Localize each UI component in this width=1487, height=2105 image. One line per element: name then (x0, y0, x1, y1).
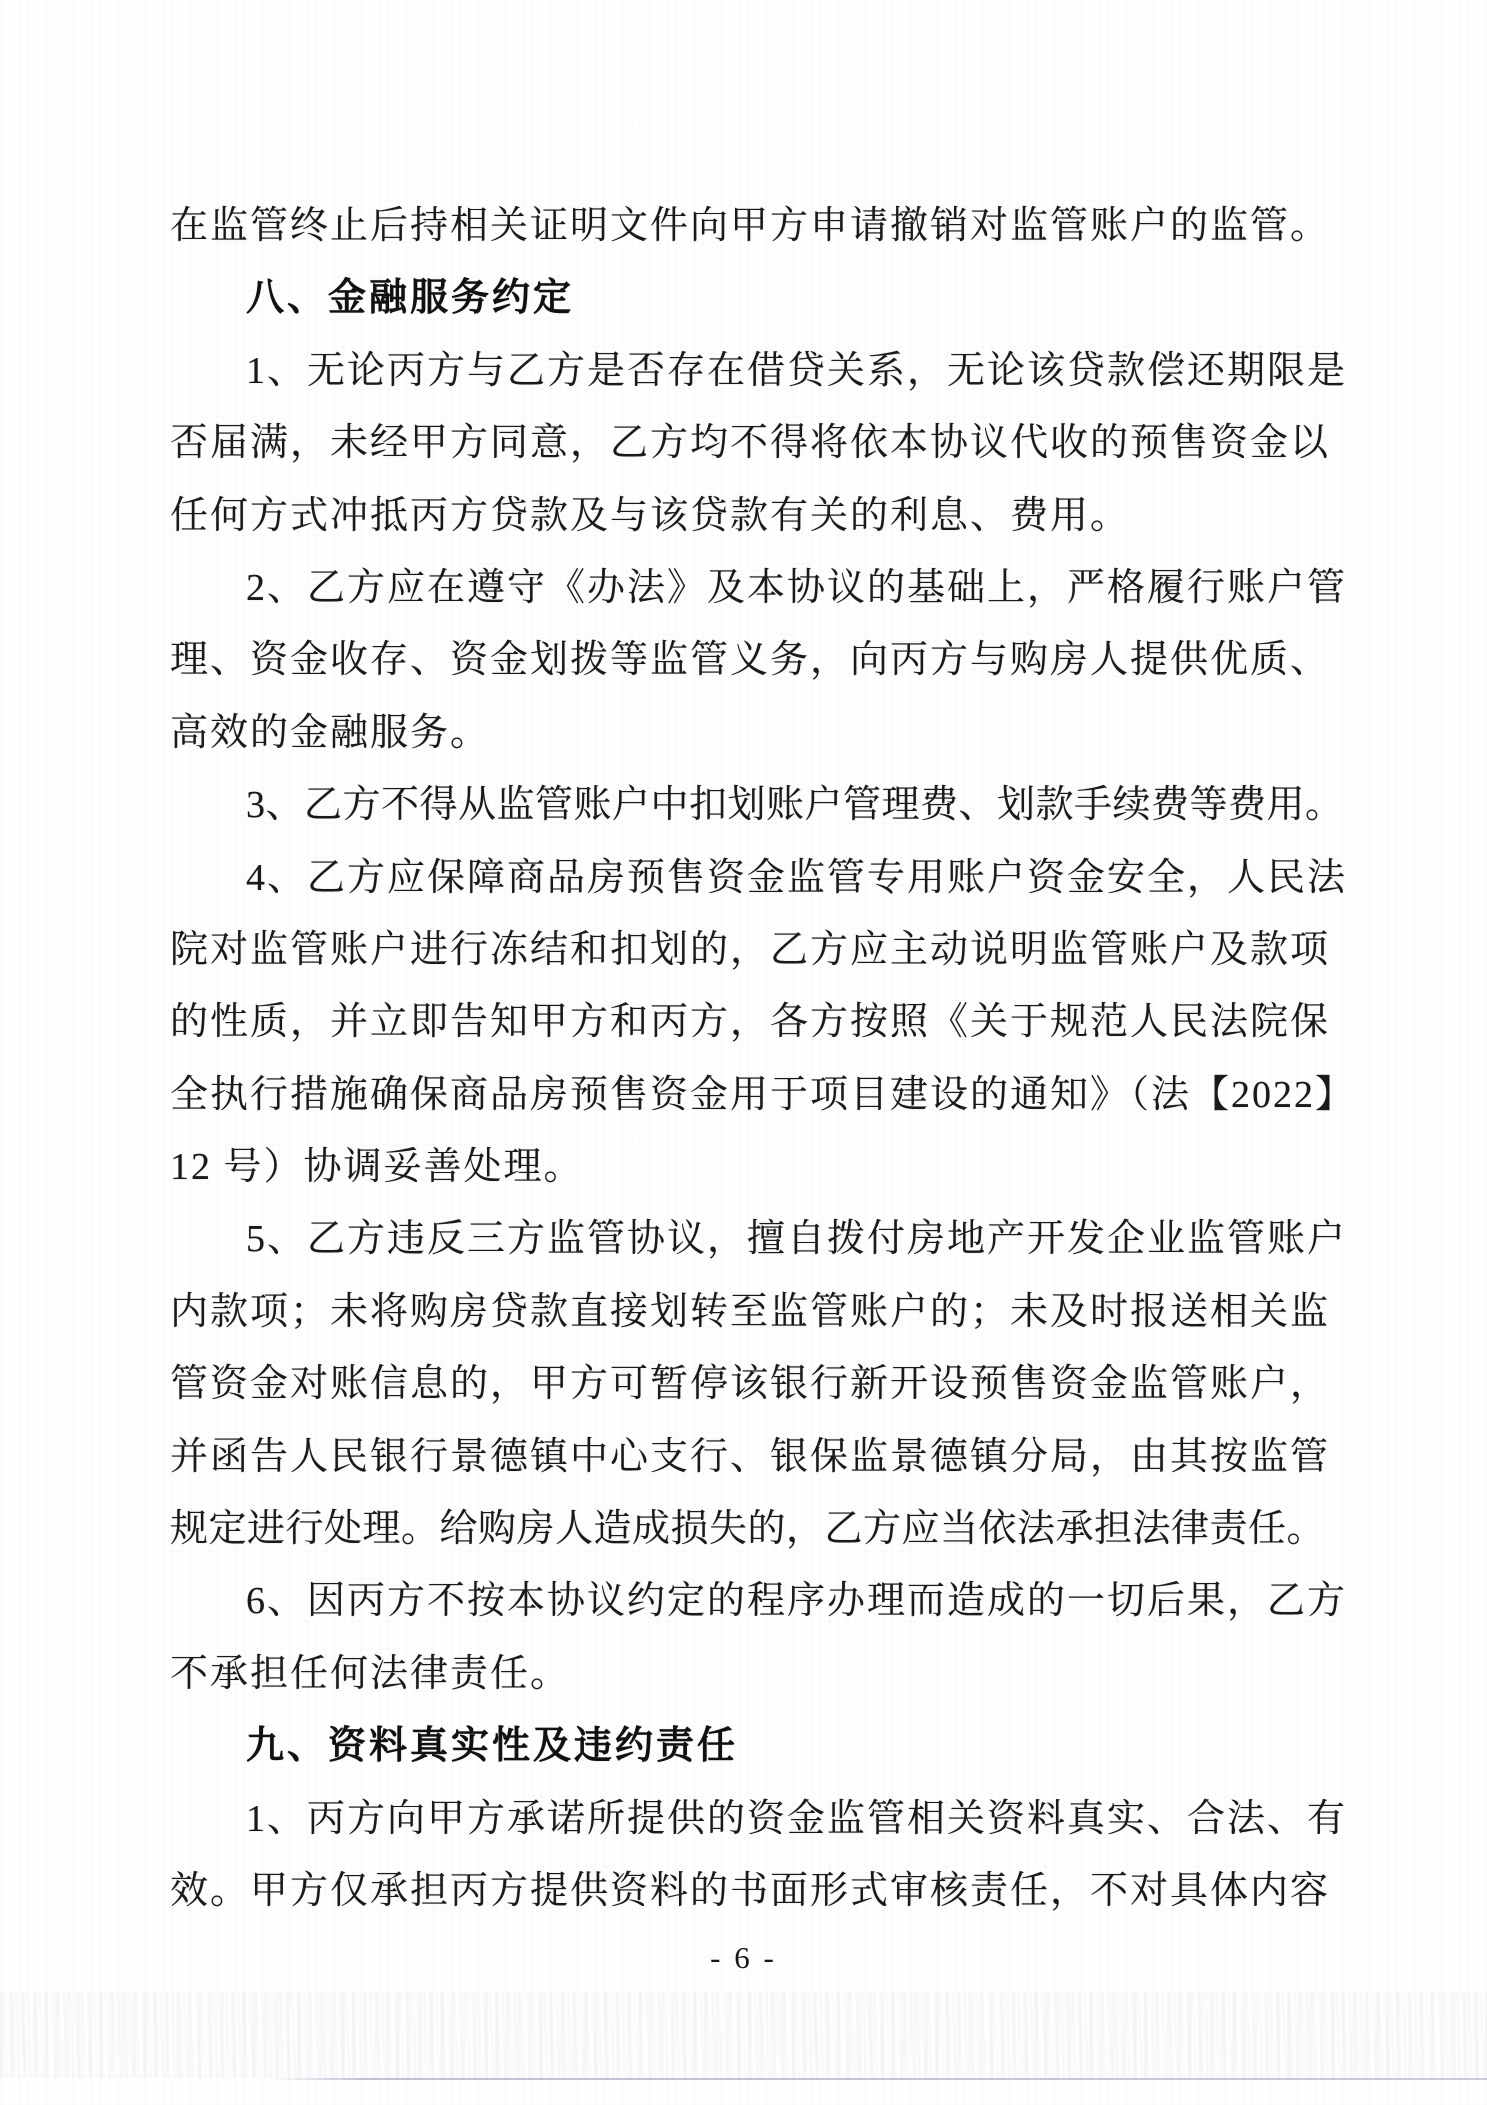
text-line: 的性质，并立即告知甲方和丙方，各方按照《关于规范人民法院保 (170, 986, 1330, 1058)
text-line: 5、乙方违反三方监管协议，擅自拨付房地产开发企业监管账户 (170, 1203, 1330, 1275)
text-line: 1、无论丙方与乙方是否存在借贷关系，无论该贷款偿还期限是 (170, 335, 1330, 407)
text-line: 不承担任何法律责任。 (170, 1638, 1330, 1710)
text-line: 院对监管账户进行冻结和扣划的，乙方应主动说明监管账户及款项 (170, 914, 1330, 986)
text-line: 效。甲方仅承担丙方提供资料的书面形式审核责任，不对具体内容 (170, 1855, 1330, 1927)
text-line: 高效的金融服务。 (170, 697, 1330, 769)
text-line: 2、乙方应在遵守《办法》及本协议的基础上，严格履行账户管 (170, 552, 1330, 624)
text-line: 八、金融服务约定 (170, 262, 1330, 334)
text-line: 6、因丙方不按本协议约定的程序办理而造成的一切后果，乙方 (170, 1565, 1330, 1637)
text-line: 规定进行处理。给购房人造成损失的，乙方应当依法承担法律责任。 (170, 1493, 1330, 1565)
text-line: 1、丙方向甲方承诺所提供的资金监管相关资料真实、合法、有 (170, 1783, 1330, 1855)
text-line: 九、资料真实性及违约责任 (170, 1710, 1330, 1782)
text-line: 3、乙方不得从监管账户中扣划账户管理费、划款手续费等费用。 (170, 769, 1330, 841)
scan-noise-artifact (0, 1992, 1487, 2078)
text-line: 并函告人民银行景德镇中心支行、银保监景德镇分局，由其按监管 (170, 1421, 1330, 1493)
text-line: 4、乙方应保障商品房预售资金监管专用账户资金安全，人民法 (170, 842, 1330, 914)
text-line: 12 号）协调妥善处理。 (170, 1131, 1330, 1203)
scan-edge-artifact (268, 2078, 1487, 2080)
document-body: 在监管终止后持相关证明文件向甲方申请撤销对监管账户的监管。八、金融服务约定1、无… (170, 190, 1330, 1927)
text-line: 内款项；未将购房贷款直接划转至监管账户的；未及时报送相关监 (170, 1276, 1330, 1348)
text-line: 理、资金收存、资金划拨等监管义务，向丙方与购房人提供优质、 (170, 624, 1330, 696)
text-line: 全执行措施确保商品房预售资金用于项目建设的通知》（法【2022】 (170, 1059, 1330, 1131)
text-line: 否届满，未经甲方同意，乙方均不得将依本协议代收的预售资金以 (170, 407, 1330, 479)
text-line: 管资金对账信息的，甲方可暂停该银行新开设预售资金监管账户， (170, 1348, 1330, 1420)
scanned-contract-page: 在监管终止后持相关证明文件向甲方申请撤销对监管账户的监管。八、金融服务约定1、无… (0, 0, 1487, 2105)
text-line: 任何方式冲抵丙方贷款及与该贷款有关的利息、费用。 (170, 480, 1330, 552)
page-number: - 6 - (0, 1935, 1487, 1981)
text-line: 在监管终止后持相关证明文件向甲方申请撤销对监管账户的监管。 (170, 190, 1330, 262)
